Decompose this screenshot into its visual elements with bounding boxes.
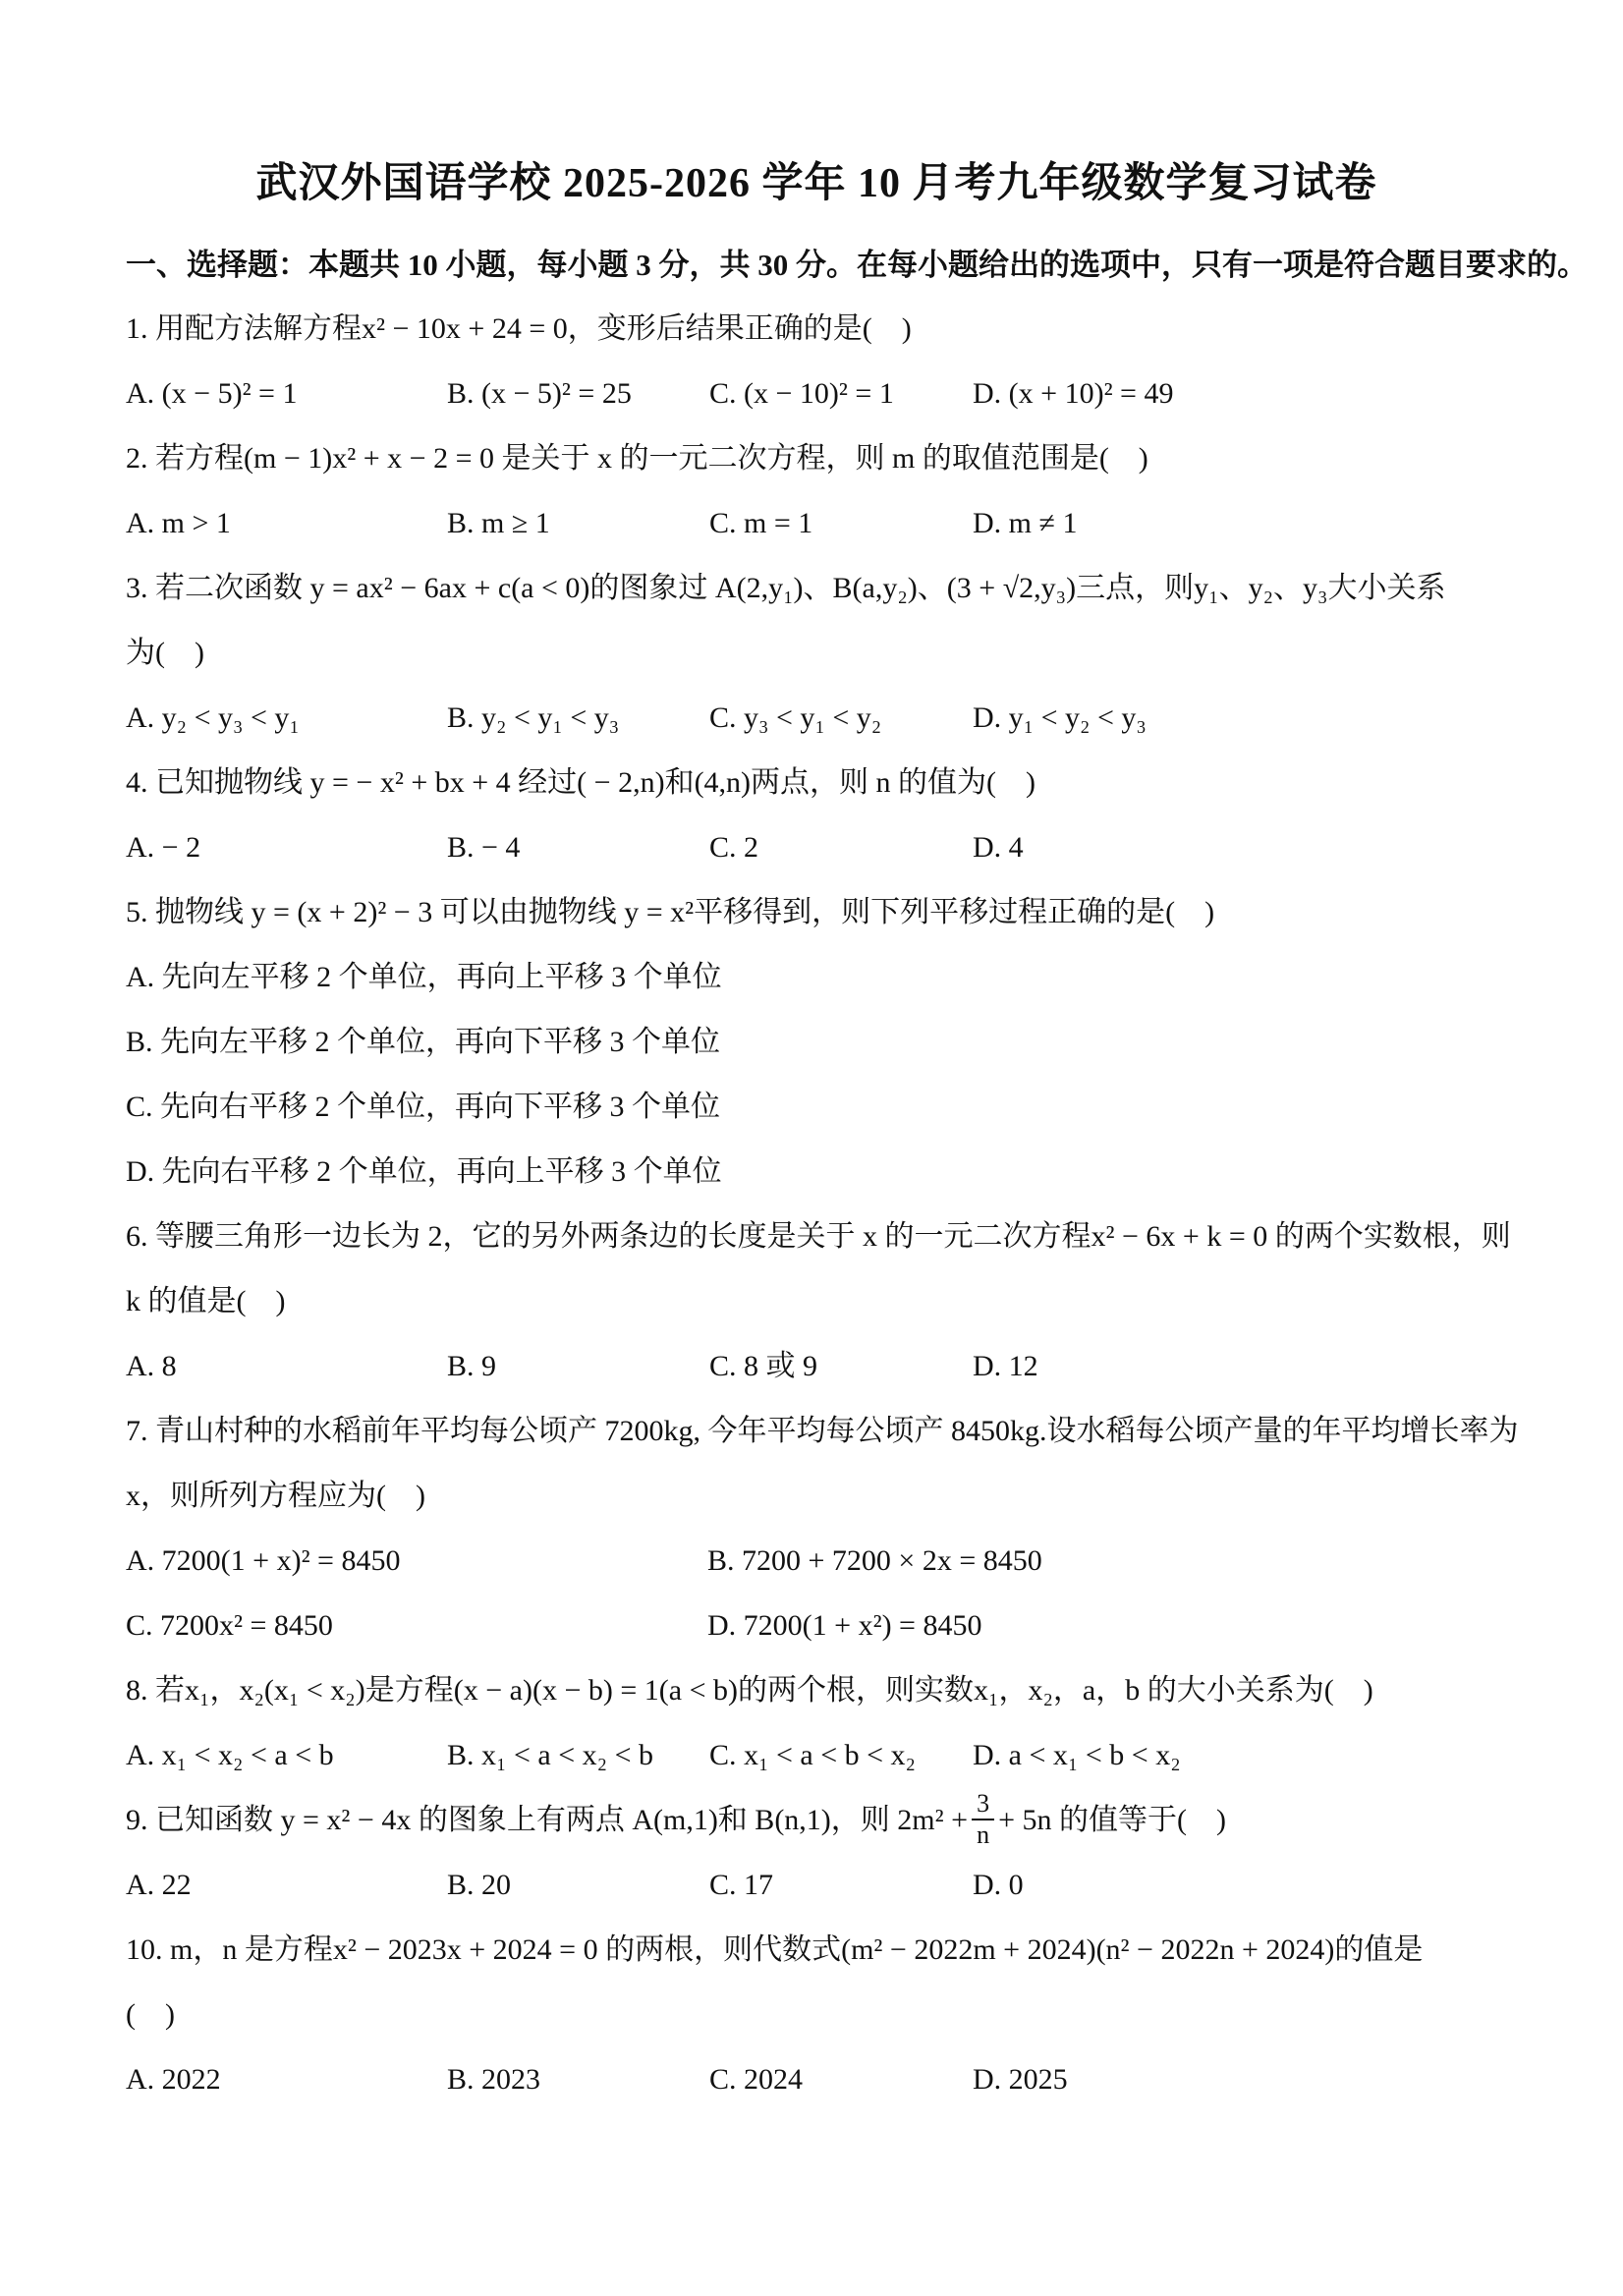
option-b: B. m ≥ 1 xyxy=(447,491,709,556)
option-b: B. 7200 + 7200 × 2x = 8450 xyxy=(707,1529,1507,1594)
option-d: D. 12 xyxy=(973,1334,1507,1399)
question-text-continued: ( ) xyxy=(126,1983,1507,2047)
question-text-before-fraction: 9. 已知函数 y = x² − 4x 的图象上有两点 A(m,1)和 B(n,… xyxy=(126,1804,968,1836)
question-text: 10. m，n 是方程x² − 2023x + 2024 = 0 的两根，则代数… xyxy=(126,1918,1507,1983)
option-c: C. 先向右平移 2 个单位，再向下平移 3 个单位 xyxy=(126,1075,1507,1140)
question-4: 4. 已知抛物线 y = − x² + bx + 4 经过( − 2,n)和(4… xyxy=(126,751,1507,880)
question-5: 5. 抛物线 y = (x + 2)² − 3 可以由抛物线 y = x²平移得… xyxy=(126,880,1507,1204)
question-text: 7. 青山村种的水稻前年平均每公顷产 7200kg, 今年平均每公顷产 8450… xyxy=(126,1399,1507,1464)
question-10: 10. m，n 是方程x² − 2023x + 2024 = 0 的两根，则代数… xyxy=(126,1918,1507,2112)
option-d: D. a < x₁ < b < x₂ xyxy=(973,1723,1507,1788)
option-c: C. 2024 xyxy=(709,2047,973,2112)
options-row: A. − 2 B. − 4 C. 2 D. 4 xyxy=(126,815,1507,880)
option-d: D. 4 xyxy=(973,815,1507,880)
question-text-continued: k 的值是( ) xyxy=(126,1269,1507,1334)
option-b: B. 先向左平移 2 个单位，再向下平移 3 个单位 xyxy=(126,1010,1507,1075)
option-c: C. 2 xyxy=(709,815,973,880)
question-text-continued: x，则所列方程应为( ) xyxy=(126,1464,1507,1529)
question-text: 6. 等腰三角形一边长为 2，它的另外两条边的长度是关于 x 的一元二次方程x²… xyxy=(126,1204,1507,1269)
option-b: B. x₁ < a < x₂ < b xyxy=(447,1723,709,1788)
option-a: A. (x − 5)² = 1 xyxy=(126,362,447,426)
option-a: A. m > 1 xyxy=(126,491,447,556)
question-text: 8. 若x₁，x₂(x₁ < x₂)是方程(x − a)(x − b) = 1(… xyxy=(126,1658,1507,1723)
question-6: 6. 等腰三角形一边长为 2，它的另外两条边的长度是关于 x 的一元二次方程x²… xyxy=(126,1204,1507,1399)
option-b: B. 20 xyxy=(447,1853,709,1918)
question-text: 4. 已知抛物线 y = − x² + bx + 4 经过( − 2,n)和(4… xyxy=(126,751,1507,815)
page-content: 武汉外国语学校 2025-2026 学年 10 月考九年级数学复习试卷 一、选择… xyxy=(0,0,1623,2112)
option-c: C. 17 xyxy=(709,1853,973,1918)
page-title: 武汉外国语学校 2025-2026 学年 10 月考九年级数学复习试卷 xyxy=(126,0,1507,208)
options-row: A. 7200(1 + x)² = 8450 B. 7200 + 7200 × … xyxy=(126,1529,1507,1594)
option-d: D. m ≠ 1 xyxy=(973,491,1507,556)
options-row: A. m > 1 B. m ≥ 1 C. m = 1 D. m ≠ 1 xyxy=(126,491,1507,556)
option-a: A. − 2 xyxy=(126,815,447,880)
option-c: C. 8 或 9 xyxy=(709,1334,973,1399)
question-8: 8. 若x₁，x₂(x₁ < x₂)是方程(x − a)(x − b) = 1(… xyxy=(126,1658,1507,1788)
question-7: 7. 青山村种的水稻前年平均每公顷产 7200kg, 今年平均每公顷产 8450… xyxy=(126,1399,1507,1658)
option-c: C. (x − 10)² = 1 xyxy=(709,362,973,426)
options-row: A. 2022 B. 2023 C. 2024 D. 2025 xyxy=(126,2047,1507,2112)
options-row: C. 7200x² = 8450 D. 7200(1 + x²) = 8450 xyxy=(126,1594,1507,1658)
options-row: A. 8 B. 9 C. 8 或 9 D. 12 xyxy=(126,1334,1507,1399)
option-b: B. − 4 xyxy=(447,815,709,880)
option-b: B. 9 xyxy=(447,1334,709,1399)
question-3: 3. 若二次函数 y = ax² − 6ax + c(a < 0)的图象过 A(… xyxy=(126,556,1507,751)
fraction-denominator: n xyxy=(975,1820,991,1850)
options-row: A. 22 B. 20 C. 17 D. 0 xyxy=(126,1853,1507,1918)
option-a: A. 7200(1 + x)² = 8450 xyxy=(126,1529,707,1594)
option-d: D. 7200(1 + x²) = 8450 xyxy=(707,1594,1507,1658)
option-c: C. x₁ < a < b < x₂ xyxy=(709,1723,973,1788)
fraction-numerator: 3 xyxy=(972,1789,994,1820)
question-9: 9. 已知函数 y = x² − 4x 的图象上有两点 A(m,1)和 B(n,… xyxy=(126,1788,1507,1918)
option-a: A. 2022 xyxy=(126,2047,447,2112)
option-b: B. (x − 5)² = 25 xyxy=(447,362,709,426)
option-a: A. 8 xyxy=(126,1334,447,1399)
question-text: 2. 若方程(m − 1)x² + x − 2 = 0 是关于 x 的一元二次方… xyxy=(126,426,1507,491)
option-c: C. y₃ < y₁ < y₂ xyxy=(709,686,973,751)
options-row: A. (x − 5)² = 1 B. (x − 5)² = 25 C. (x −… xyxy=(126,362,1507,426)
option-d: D. 先向右平移 2 个单位，再向上平移 3 个单位 xyxy=(126,1140,1507,1204)
options-row: A. x₁ < x₂ < a < b B. x₁ < a < x₂ < b C.… xyxy=(126,1723,1507,1788)
option-d: D. 2025 xyxy=(973,2047,1507,2112)
option-b: B. 2023 xyxy=(447,2047,709,2112)
option-d: D. (x + 10)² = 49 xyxy=(973,362,1507,426)
question-text: 5. 抛物线 y = (x + 2)² − 3 可以由抛物线 y = x²平移得… xyxy=(126,880,1507,945)
option-a: A. y₂ < y₃ < y₁ xyxy=(126,686,447,751)
fraction: 3n xyxy=(972,1789,994,1850)
option-a: A. x₁ < x₂ < a < b xyxy=(126,1723,447,1788)
question-text: 1. 用配方法解方程x² − 10x + 24 = 0，变形后结果正确的是( ) xyxy=(126,297,1507,362)
exam-paper-page: 武汉外国语学校 2025-2026 学年 10 月考九年级数学复习试卷 一、选择… xyxy=(0,0,1623,2296)
option-c: C. 7200x² = 8450 xyxy=(126,1594,707,1658)
options-row: A. y₂ < y₃ < y₁ B. y₂ < y₁ < y₃ C. y₃ < … xyxy=(126,686,1507,751)
option-d: D. 0 xyxy=(973,1853,1507,1918)
option-a: A. 22 xyxy=(126,1853,447,1918)
question-text-continued: 为( ) xyxy=(126,621,1507,686)
question-1: 1. 用配方法解方程x² − 10x + 24 = 0，变形后结果正确的是( )… xyxy=(126,297,1507,426)
option-b: B. y₂ < y₁ < y₃ xyxy=(447,686,709,751)
section-header: 一、选择题：本题共 10 小题，每小题 3 分，共 30 分。在每小题给出的选项… xyxy=(126,236,1507,295)
option-d: D. y₁ < y₂ < y₃ xyxy=(973,686,1507,751)
option-c: C. m = 1 xyxy=(709,491,973,556)
question-list: 1. 用配方法解方程x² − 10x + 24 = 0，变形后结果正确的是( )… xyxy=(126,297,1507,2112)
question-2: 2. 若方程(m − 1)x² + x − 2 = 0 是关于 x 的一元二次方… xyxy=(126,426,1507,556)
option-a: A. 先向左平移 2 个单位，再向上平移 3 个单位 xyxy=(126,945,1507,1010)
question-text: 3. 若二次函数 y = ax² − 6ax + c(a < 0)的图象过 A(… xyxy=(126,556,1507,621)
question-text-after-fraction: + 5n 的值等于( ) xyxy=(998,1804,1226,1836)
question-text: 9. 已知函数 y = x² − 4x 的图象上有两点 A(m,1)和 B(n,… xyxy=(126,1788,1507,1853)
